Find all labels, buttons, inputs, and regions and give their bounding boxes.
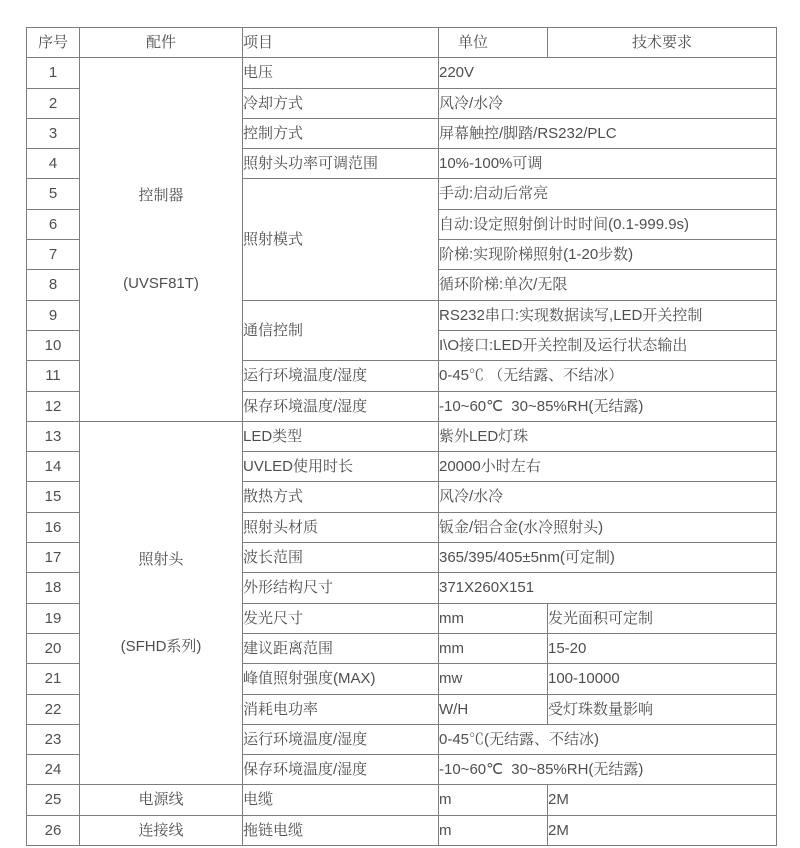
table-row: 13 照射头 (SFHD系列) LED类型 紫外LED灯珠 [27, 421, 777, 451]
serial-cell: 1 [27, 58, 80, 88]
req-cell: 371X260X151 [439, 573, 777, 603]
table-row: 25 电源线 电缆 m 2M [27, 785, 777, 815]
header-no: 序号 [27, 28, 80, 58]
serial-cell: 8 [27, 270, 80, 300]
req-cell: 紫外LED灯珠 [439, 421, 777, 451]
serial-cell: 14 [27, 452, 80, 482]
serial-cell: 24 [27, 755, 80, 785]
serial-cell: 9 [27, 300, 80, 330]
req-cell: 220V [439, 58, 777, 88]
item-cell: 运行环境温度/湿度 [243, 361, 439, 391]
item-cell: 散热方式 [243, 482, 439, 512]
item-cell: LED类型 [243, 421, 439, 451]
req-cell: 20000小时左右 [439, 452, 777, 482]
part-cell-connect-cable: 连接线 [80, 815, 243, 845]
serial-cell: 25 [27, 785, 80, 815]
serial-cell: 20 [27, 633, 80, 663]
item-cell: 发光尺寸 [243, 603, 439, 633]
table-row: 26 连接线 拖链电缆 m 2M [27, 815, 777, 845]
serial-cell: 11 [27, 361, 80, 391]
item-cell: 运行环境温度/湿度 [243, 724, 439, 754]
part-cell-controller: 控制器 (UVSF81T) [80, 58, 243, 422]
item-cell: 保存环境温度/湿度 [243, 391, 439, 421]
header-req: 技术要求 [548, 28, 777, 58]
unit-cell: m [439, 815, 548, 845]
req-cell: 受灯珠数量影响 [548, 694, 777, 724]
req-cell: 2M [548, 815, 777, 845]
part-model: (UVSF81T) [80, 269, 242, 298]
part-model: (SFHD系列) [80, 632, 242, 661]
header-row: 序号 配件 项目 单位 技术要求 [27, 28, 777, 58]
serial-cell: 6 [27, 209, 80, 239]
req-cell: 手动:启动后常亮 [439, 179, 777, 209]
serial-cell: 16 [27, 512, 80, 542]
req-cell: 阶梯:实现阶梯照射(1-20步数) [439, 240, 777, 270]
item-cell-irradiation-mode: 照射模式 [243, 179, 439, 300]
item-cell: 建议距离范围 [243, 633, 439, 663]
req-cell: 10%-100%可调 [439, 149, 777, 179]
header-part: 配件 [80, 28, 243, 58]
serial-cell: 21 [27, 664, 80, 694]
part-cell-irradiation-head: 照射头 (SFHD系列) [80, 421, 243, 785]
item-cell: 外形结构尺寸 [243, 573, 439, 603]
req-cell: -10~60℃ 30~85%RH(无结露) [439, 391, 777, 421]
serial-cell: 18 [27, 573, 80, 603]
req-cell: I\O接口:LED开关控制及运行状态输出 [439, 330, 777, 360]
serial-cell: 7 [27, 240, 80, 270]
req-cell: 风冷/水冷 [439, 88, 777, 118]
item-cell: 波长范围 [243, 543, 439, 573]
req-cell: 100-10000 [548, 664, 777, 694]
item-cell: 照射头功率可调范围 [243, 149, 439, 179]
req-cell: 发光面积可定制 [548, 603, 777, 633]
serial-cell: 5 [27, 179, 80, 209]
req-cell: 0-45℃(无结露、不结冰) [439, 724, 777, 754]
serial-cell: 17 [27, 543, 80, 573]
serial-cell: 12 [27, 391, 80, 421]
req-cell: -10~60℃ 30~85%RH(无结露) [439, 755, 777, 785]
serial-cell: 22 [27, 694, 80, 724]
item-cell: UVLED使用时长 [243, 452, 439, 482]
serial-cell: 13 [27, 421, 80, 451]
serial-cell: 23 [27, 724, 80, 754]
item-cell: 保存环境温度/湿度 [243, 755, 439, 785]
item-cell: 峰值照射强度(MAX) [243, 664, 439, 694]
part-name: 照射头 [80, 545, 242, 574]
page: 序号 配件 项目 单位 技术要求 1 控制器 (UVSF81T) 电压 220V… [0, 0, 800, 848]
req-cell: RS232串口:实现数据读写,LED开关控制 [439, 300, 777, 330]
serial-cell: 2 [27, 88, 80, 118]
req-cell: 循环阶梯:单次/无限 [439, 270, 777, 300]
serial-cell: 15 [27, 482, 80, 512]
serial-cell: 19 [27, 603, 80, 633]
part-name: 控制器 [80, 181, 242, 210]
part-cell-power-cable: 电源线 [80, 785, 243, 815]
item-cell: 冷却方式 [243, 88, 439, 118]
unit-cell: mm [439, 633, 548, 663]
unit-cell: W/H [439, 694, 548, 724]
serial-cell: 3 [27, 118, 80, 148]
req-cell: 钣金/铝合金(水冷照射头) [439, 512, 777, 542]
req-cell: 15-20 [548, 633, 777, 663]
req-cell: 自动:设定照射倒计时时间(0.1-999.9s) [439, 209, 777, 239]
req-cell: 屏幕触控/脚踏/RS232/PLC [439, 118, 777, 148]
item-cell-comm-control: 通信控制 [243, 300, 439, 361]
req-cell: 0-45℃ （无结露、不结冰） [439, 361, 777, 391]
req-cell: 风冷/水冷 [439, 482, 777, 512]
unit-cell: m [439, 785, 548, 815]
serial-cell: 26 [27, 815, 80, 845]
unit-cell: mm [439, 603, 548, 633]
item-cell: 电缆 [243, 785, 439, 815]
header-unit: 单位 [439, 28, 548, 58]
header-item: 项目 [243, 28, 439, 58]
unit-cell: mw [439, 664, 548, 694]
item-cell: 拖链电缆 [243, 815, 439, 845]
item-cell: 照射头材质 [243, 512, 439, 542]
item-cell: 消耗电功率 [243, 694, 439, 724]
serial-cell: 10 [27, 330, 80, 360]
spec-table: 序号 配件 项目 单位 技术要求 1 控制器 (UVSF81T) 电压 220V… [26, 27, 777, 846]
item-cell: 控制方式 [243, 118, 439, 148]
item-cell: 电压 [243, 58, 439, 88]
serial-cell: 4 [27, 149, 80, 179]
table-row: 1 控制器 (UVSF81T) 电压 220V [27, 58, 777, 88]
req-cell: 2M [548, 785, 777, 815]
req-cell: 365/395/405±5nm(可定制) [439, 543, 777, 573]
